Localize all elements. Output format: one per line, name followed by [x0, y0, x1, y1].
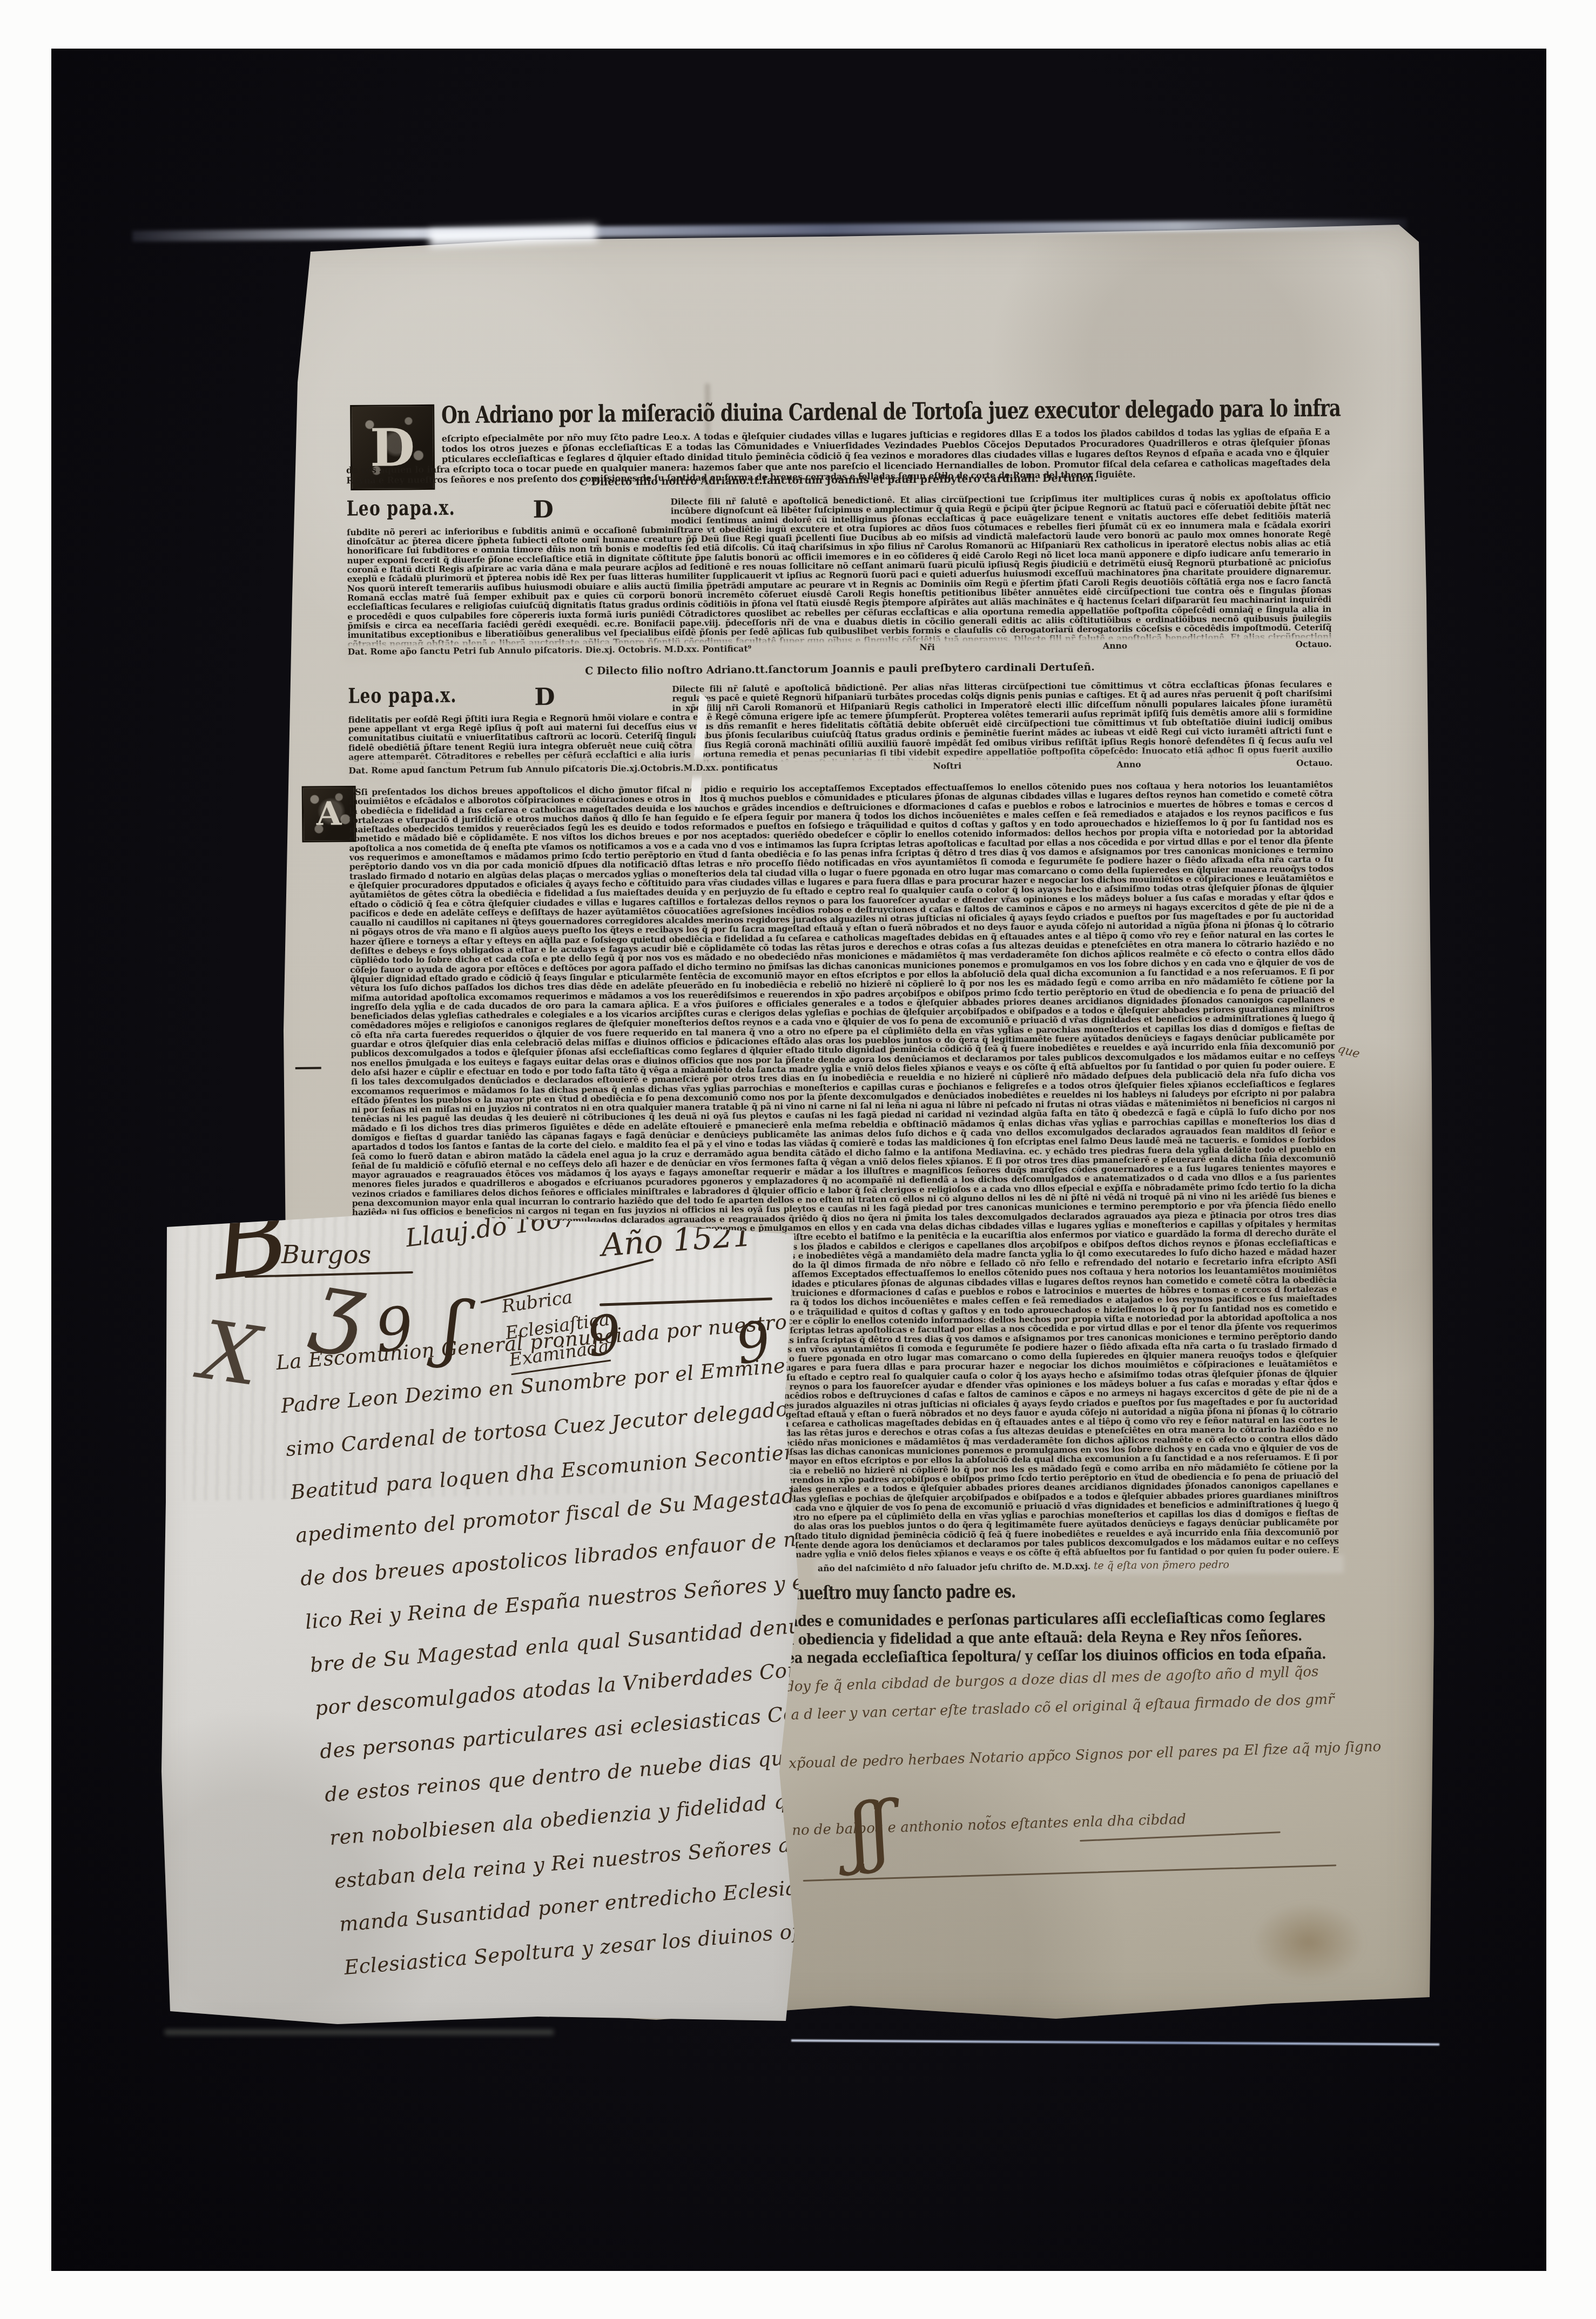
margin-dash-icon [295, 1067, 321, 1069]
edict-title: On Adriano por la miſeraciõ diuina Carde… [441, 395, 1341, 429]
plastic-sleeve-bottom-left-edge-icon [165, 2030, 554, 2035]
leo1-label-spacer [346, 497, 670, 520]
leo2-date-octauo: Octauo. [1296, 758, 1332, 770]
notarial-attestation-line-1: doy fe q̃ enla cibdad de burgos a doze d… [785, 1663, 1319, 1695]
manuscript-cover-sheet: B Burgos ʒ Llauj.do 1667 Rubrica Eclesia… [159, 1177, 802, 2031]
leo2-date-anno: Anno [1116, 759, 1141, 771]
dilecto-address-2: C Dilecto filio noſtro Adriano.tt.ſancto… [348, 659, 1332, 679]
sentence-bold-line-3: ſea negada eccleſiaſtica ſepoltura/ y ce… [781, 1644, 1326, 1667]
margin-note-que: que [1336, 1042, 1361, 1061]
capitulum-mark-icon: C [580, 476, 588, 488]
plastic-sleeve-bottom-edge-icon [791, 2039, 1439, 2045]
leo2-label-spacer [348, 684, 672, 707]
leo1-date-text: Dat. Rome ap̃o ſanctu Petri ſub Annulo p… [348, 643, 752, 658]
leo1-date-octauo: Octauo. [1295, 639, 1331, 651]
leo1-date-nri: Nr̃i [919, 642, 935, 653]
leo2-brief-body: Dilecte fili nr̃ ſalutê e apoſtolicã bñd… [348, 679, 1332, 766]
capitulum-mark-2-icon: C [585, 665, 593, 677]
leo1-brief-body: Dilecte fili nr̃ ſalutê e apoſtolicã ben… [346, 492, 1331, 646]
woodcut-initial-2-icon: A [302, 786, 356, 842]
screenshot-page: D On Adriano por la miſeraciõ diuina Car… [0, 0, 1596, 2319]
notarial-attestation-line-3: xp̃oual de pedro herbaes Notario app̃co … [789, 1738, 1382, 1772]
leo1-date-anno: Anno [1103, 641, 1127, 652]
paper-stain-icon [1251, 1901, 1365, 1983]
closing-date-text: año del naſcimiêto d nr̃o ſaluador jeſu … [818, 1561, 1091, 1573]
notarial-attestation-line-2: a d leer y van certar eſte traslado cõ e… [791, 1691, 1335, 1723]
sentence-heading: e nueſtro muy ſancto padre es. [780, 1581, 1015, 1604]
closing-scribble: te q̃ eſta von p̃mero pedro [1094, 1559, 1229, 1572]
dilecto-address-2-text: Dilecto filio noſtro Adriano.tt.ſanctoru… [597, 661, 1095, 677]
notarial-rubric-flourish-icon: ʃʃ [845, 1785, 894, 1877]
photo-backdrop: D On Adriano por la miſeraciõ diuina Car… [51, 49, 1546, 2271]
leo2-date-nostri: Noſtri [933, 760, 961, 772]
notarial-pen-stroke-short-icon [1080, 1831, 1281, 1842]
closing-date-line: año del naſcimiêto d nr̃o ſaluador jeſu … [818, 1558, 1341, 1574]
